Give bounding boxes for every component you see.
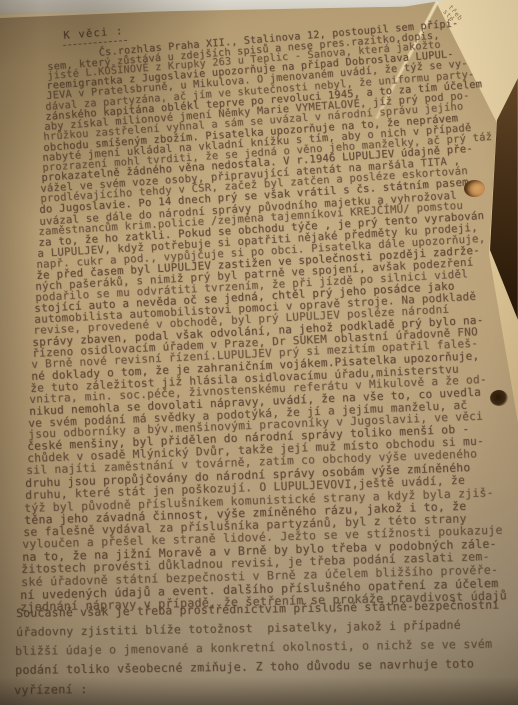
document-photo: třeb stě K věci : Čs.rozhlas Praha XII.,… — [0, 0, 518, 705]
typewritten-line: vyřízení : — [14, 682, 88, 697]
typewritten-line: podání toliko všeobecné zmiňuje. Z toho … — [15, 656, 474, 677]
typewritten-line: bližší údaje o jmenované a konkretní oko… — [15, 636, 492, 657]
closing-paragraph: Současně však je třeba prostřednictvím p… — [0, 606, 518, 705]
punch-hole — [464, 180, 485, 197]
typewritten-line: úřadovny zjistiti blíže totožnost pisate… — [16, 617, 461, 638]
document-body: Čs.rozhlas Praha XII., Stalinova 12, pos… — [0, 52, 518, 612]
ink-spot — [490, 390, 508, 406]
